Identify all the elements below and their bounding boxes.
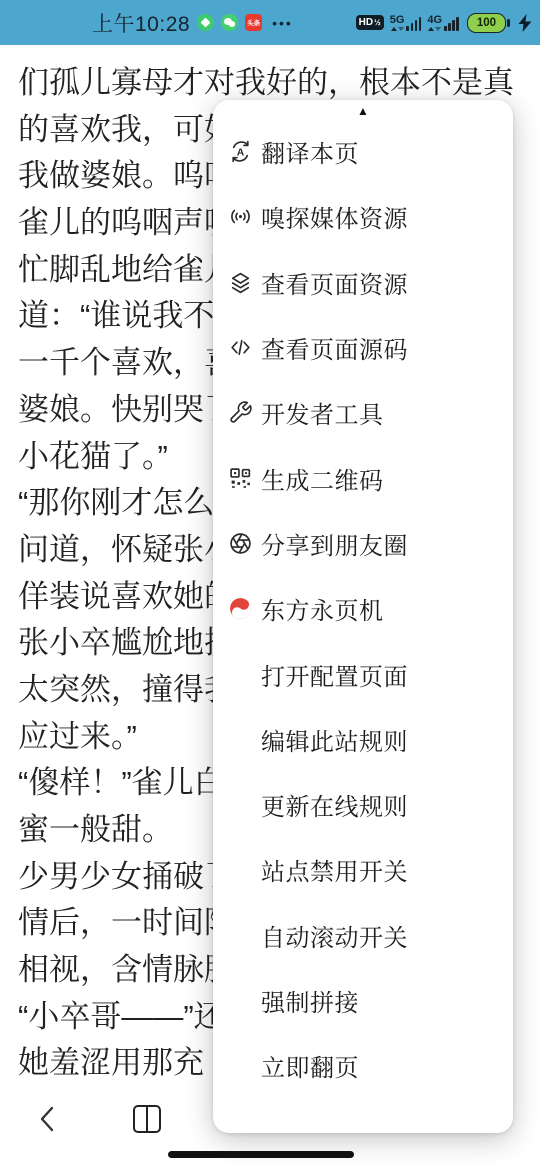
qrcode-icon (228, 466, 253, 491)
back-button[interactable] (26, 1099, 70, 1143)
network-4g-label: 4G (427, 15, 442, 26)
menu-item[interactable]: 查看页面源码 (213, 315, 513, 380)
signal-4g: 4G (427, 15, 459, 31)
no-icon-spacer (228, 988, 253, 1013)
no-icon-spacer (228, 857, 253, 882)
chevron-left-icon (35, 1104, 61, 1139)
no-icon-spacer (228, 662, 253, 687)
signal-bars-icon (406, 17, 421, 31)
menu-item[interactable]: 编辑此站规则 (213, 707, 513, 772)
page-source-icon (228, 335, 253, 360)
menu-item[interactable]: 更新在线规则 (213, 772, 513, 837)
sniff-media-icon (228, 204, 253, 229)
wechat-icon (221, 14, 238, 31)
phone-screen: 上午10:28 头条 ••• HD½ 5G 4G (0, 0, 540, 1170)
share-moments-icon (228, 531, 253, 556)
open-book-icon (130, 1103, 164, 1140)
menu-item[interactable]: 嗅探媒体资源 (213, 184, 513, 249)
battery-indicator: 100 (467, 13, 510, 33)
menu-item[interactable]: 自动滚动开关 (213, 903, 513, 968)
page-resources-icon (228, 270, 253, 295)
menu-item[interactable]: 开发者工具 (213, 380, 513, 445)
menu-item[interactable]: 东方永页机 (213, 576, 513, 641)
taiji-icon (228, 596, 253, 621)
translate-icon: A (228, 139, 253, 164)
signal-bars-icon (444, 17, 459, 31)
no-icon-spacer (228, 923, 253, 948)
no-icon-spacer (228, 1053, 253, 1078)
data-activity-arrows (391, 27, 404, 31)
battery-level: 100 (467, 13, 506, 33)
menu-item-list: A 翻译本页 嗅探媒体资源 查看页面资源 查看页面源码 (213, 119, 513, 1098)
svg-text:A: A (237, 147, 245, 158)
scroll-up-indicator-icon: ▲ (213, 104, 513, 118)
reading-mode-button[interactable] (125, 1099, 169, 1143)
menu-item[interactable]: 分享到朋友圈 (213, 511, 513, 576)
no-icon-spacer (228, 792, 253, 817)
menu-item[interactable]: A 翻译本页 (213, 119, 513, 184)
network-5g-label: 5G (390, 15, 405, 26)
volte-hd-icon: HD½ (356, 15, 384, 30)
toutiao-icon: 头条 (245, 14, 262, 31)
menu-item[interactable]: 立即翻页 (213, 1033, 513, 1098)
home-indicator-bar[interactable] (168, 1151, 354, 1158)
status-bar: 上午10:28 头条 ••• HD½ 5G 4G (0, 0, 540, 45)
status-time: 上午10:28 (92, 8, 190, 38)
more-notifications-icon: ••• (272, 15, 293, 31)
security-app-icon (197, 14, 214, 31)
devtools-icon (228, 400, 253, 425)
menu-item[interactable]: 强制拼接 (213, 968, 513, 1033)
data-activity-arrows (428, 27, 441, 31)
status-bar-right: HD½ 5G 4G 100 (356, 13, 540, 33)
no-icon-spacer (228, 727, 253, 752)
menu-item[interactable]: 查看页面资源 (213, 250, 513, 315)
menu-item[interactable]: 生成二维码 (213, 445, 513, 510)
browser-context-menu: ▲ A 翻译本页 嗅探媒体资源 查看页面资源 (213, 100, 513, 1133)
battery-nub (507, 19, 510, 27)
status-bar-left: 上午10:28 头条 ••• (0, 8, 293, 38)
menu-item[interactable]: 站点禁用开关 (213, 837, 513, 902)
charging-bolt-icon (518, 14, 532, 32)
signal-5g: 5G (390, 15, 422, 31)
menu-item[interactable]: 打开配置页面 (213, 641, 513, 706)
